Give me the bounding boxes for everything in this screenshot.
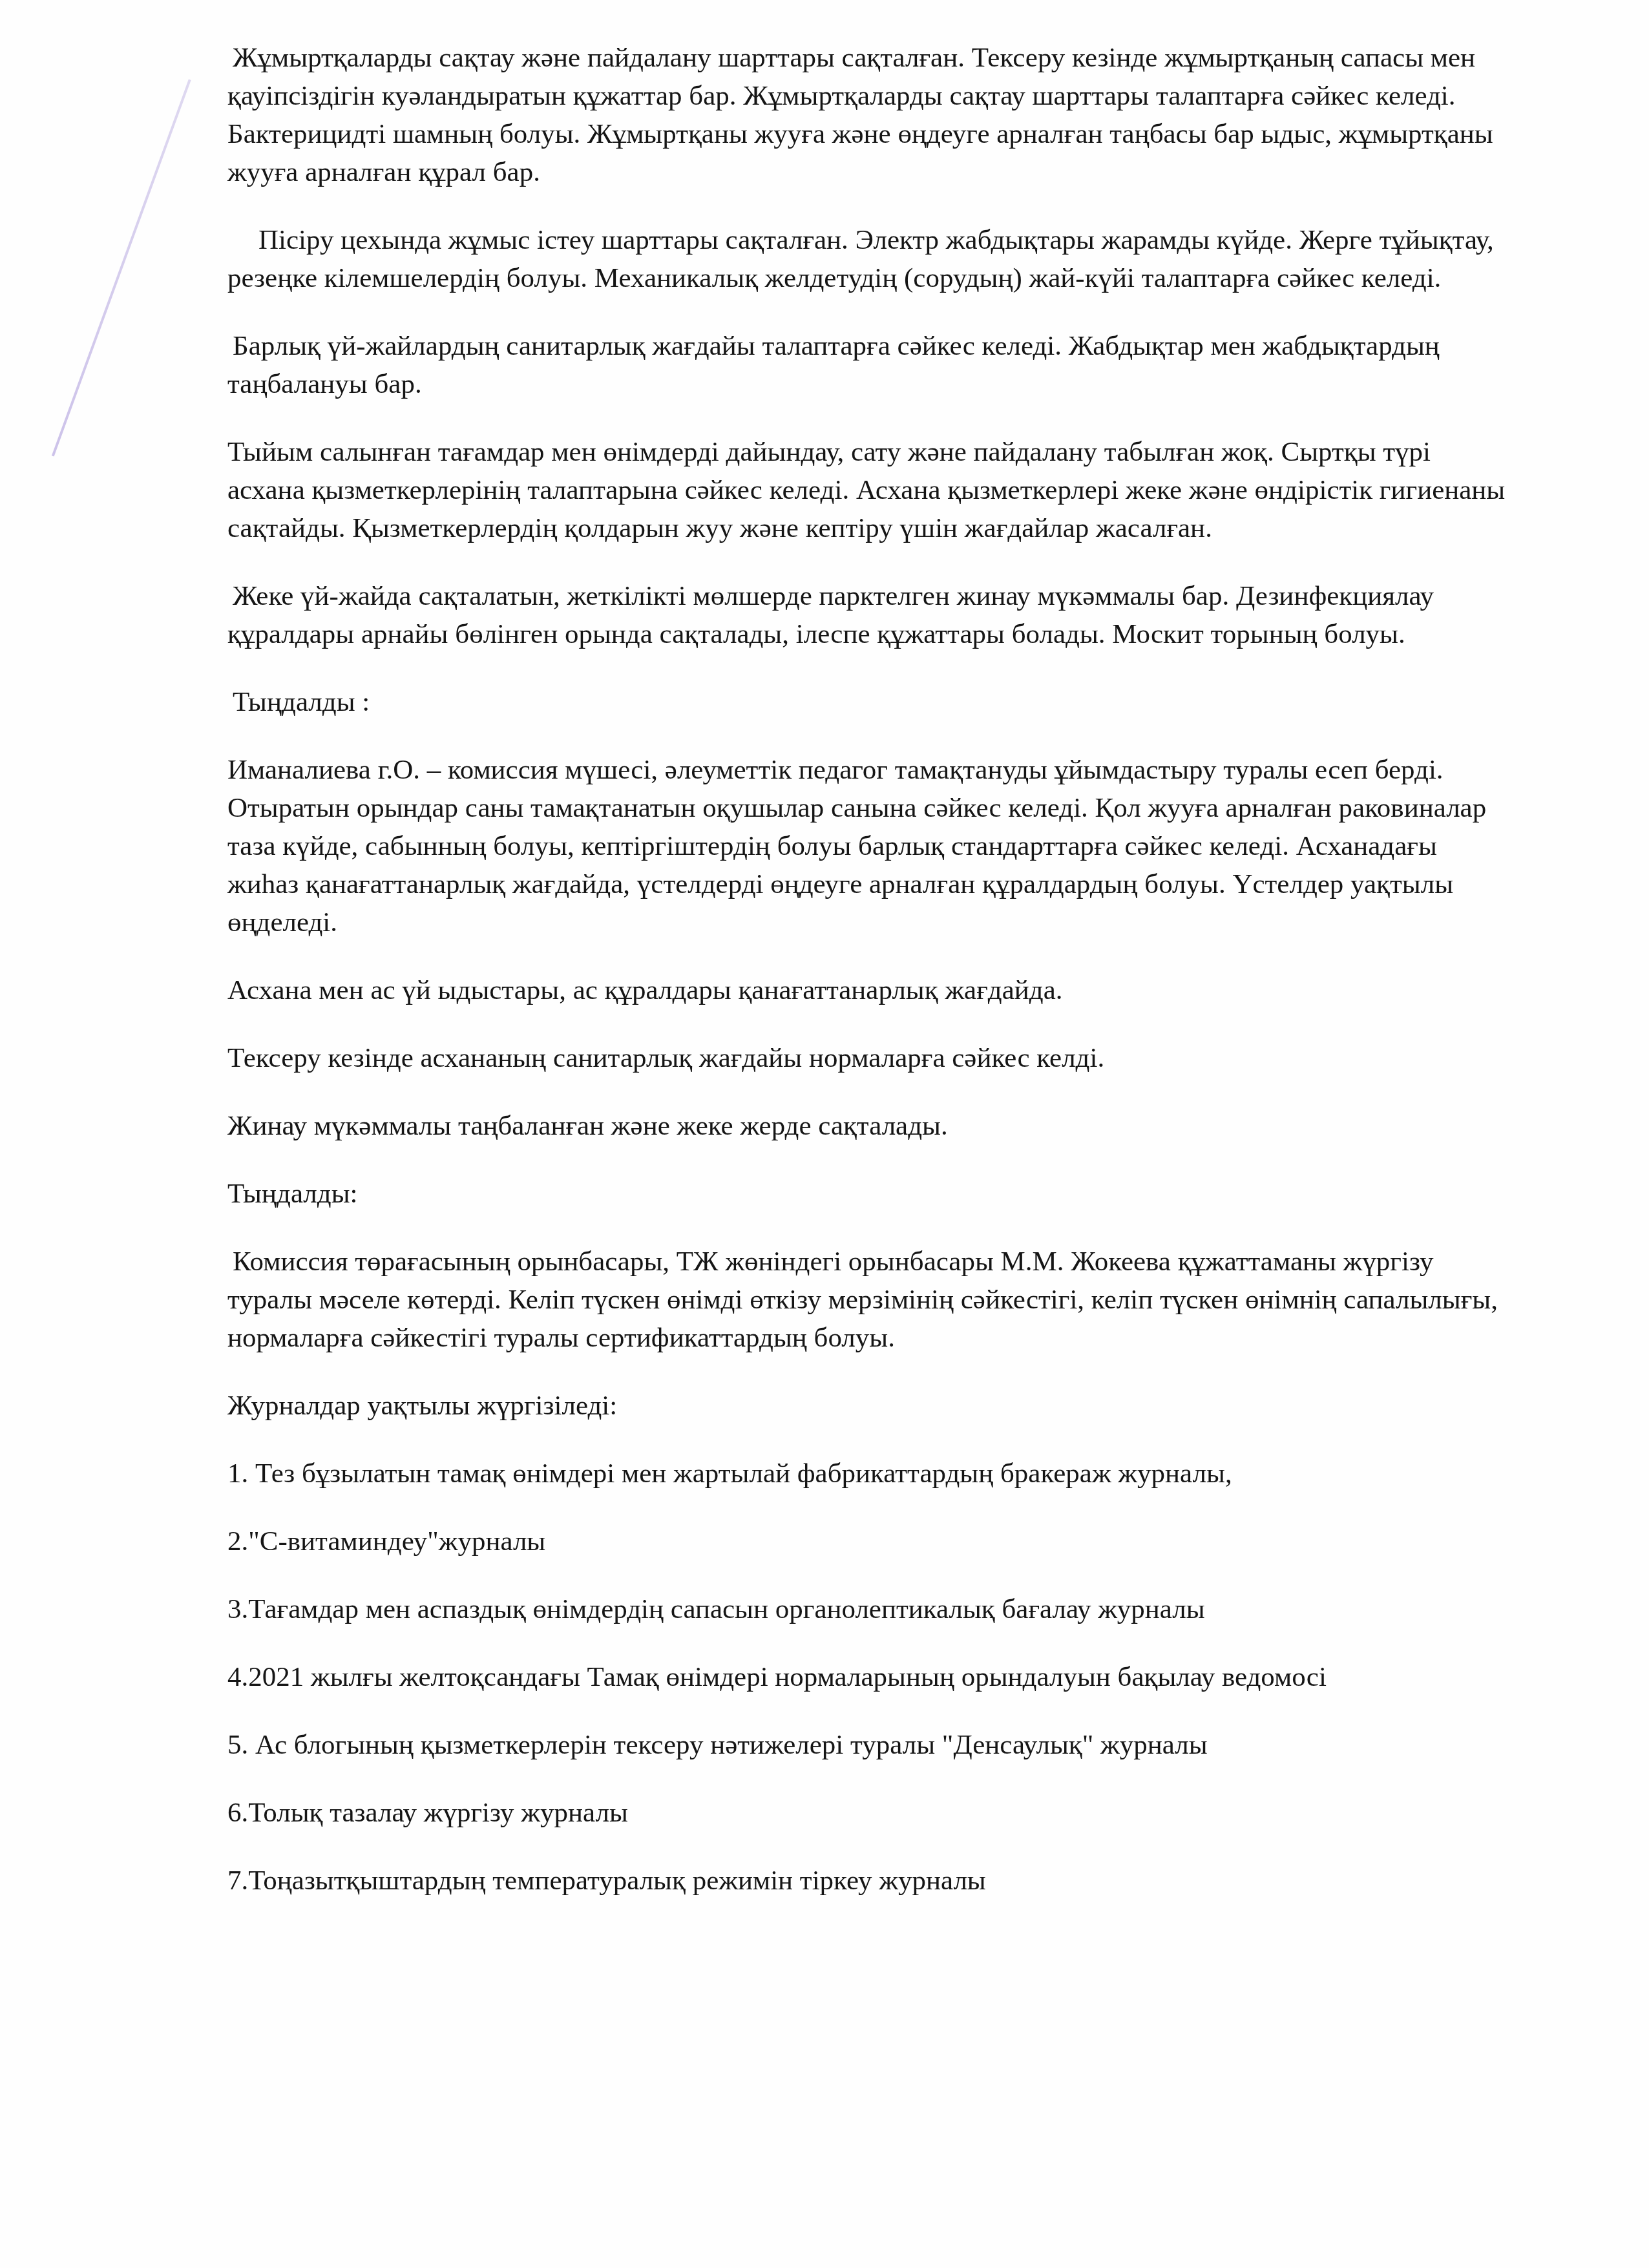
heading-heard-1: Тыңдалды : <box>227 683 1513 721</box>
paragraph-cooking-shop: Пісіру цехында жұмыс істеу шарттары сақт… <box>227 221 1513 297</box>
journal-item: 7.Тоңазытқыштардың температуралық режимі… <box>227 1862 1513 1900</box>
paragraph-journals-intro: Журналдар уақтылы жүргізіледі: <box>227 1387 1513 1425</box>
paragraph-zhokeeva-report: Комиссия төрағасының орынбасары, ТЖ жөні… <box>227 1243 1513 1357</box>
paragraph-cleaning-inventory: Жеке үй-жайда сақталатын, жеткілікті мөл… <box>227 577 1513 653</box>
journal-item: 5. Ас блогының қызметкерлерін тексеру нә… <box>227 1726 1513 1764</box>
paragraph-cleaning-storage: Жинау мүкәммалы таңбаланған және жеке же… <box>227 1107 1513 1145</box>
paragraph-prohibited-foods: Тыйым салынған тағамдар мен өнімдерді да… <box>227 433 1513 547</box>
journal-item: 3.Тағамдар мен аспаздық өнімдердің сапас… <box>227 1590 1513 1628</box>
journal-item: 6.Толық тазалау жүргізу журналы <box>227 1794 1513 1832</box>
paragraph-eggs: Жұмыртқаларды сақтау және пайдалану шарт… <box>227 39 1513 191</box>
scan-edge-line <box>52 79 191 457</box>
scanned-page: Жұмыртқаларды сақтау және пайдалану шарт… <box>0 0 1649 2268</box>
journal-item: 1. Тез бұзылатын тамақ өнімдері мен жарт… <box>227 1454 1513 1493</box>
journal-item: 4.2021 жылғы желтоқсандағы Тамақ өнімдер… <box>227 1658 1513 1696</box>
journal-item: 2."С-витаминдеу"журналы <box>227 1522 1513 1560</box>
heading-heard-2: Тыңдалды: <box>227 1175 1513 1213</box>
paragraph-dishes: Асхана мен ас үй ыдыстары, ас құралдары … <box>227 971 1513 1009</box>
paragraph-imanalieva-report: Иманалиева г.О. – комиссия мүшесі, әлеум… <box>227 751 1513 941</box>
document-body: Жұмыртқаларды сақтау және пайдалану шарт… <box>227 39 1513 1929</box>
journals-list: 1. Тез бұзылатын тамақ өнімдері мен жарт… <box>227 1454 1513 1900</box>
paragraph-sanitary: Барлық үй-жайлардың санитарлық жағдайы т… <box>227 327 1513 403</box>
paragraph-inspection: Тексеру кезінде асхананың санитарлық жағ… <box>227 1039 1513 1077</box>
